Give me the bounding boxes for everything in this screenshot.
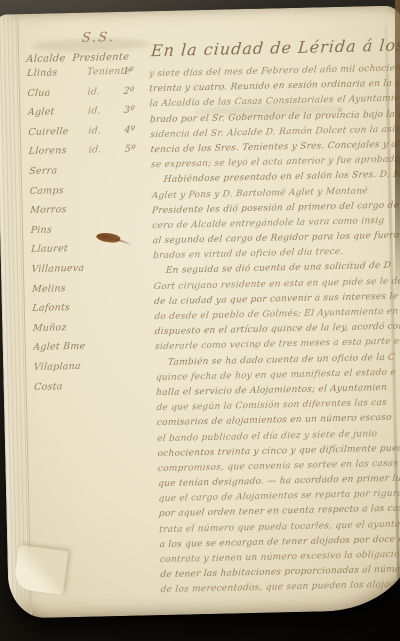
attendee-number [126, 242, 148, 262]
attendee-role [88, 183, 126, 203]
attendee-name: Melins [31, 282, 93, 303]
attendee-number [128, 320, 150, 340]
attendee-role [92, 360, 130, 380]
attendee-role [93, 379, 131, 399]
attendee-name: Costa [33, 380, 95, 401]
attendee-number [124, 163, 146, 183]
attendee-name: Serra [28, 165, 90, 186]
attendee-name: Muñoz [32, 321, 94, 342]
attendee-name: Aglet Bme [32, 341, 94, 362]
attendee-number [127, 300, 149, 320]
attendee-name: Lafonts [31, 302, 93, 323]
attendee-name: Villanueva [30, 263, 92, 284]
session-heading: En la ciudad de Lérida á los vein [150, 35, 400, 60]
attendee-row: Villanueva [30, 261, 158, 283]
attendee-name: Morros [29, 204, 91, 225]
attendee-number [128, 359, 150, 379]
attendee-number: 2º [122, 85, 144, 105]
attendee-role [92, 320, 130, 340]
attendee-row: Vilaplana [33, 359, 161, 381]
margin-attendees: S.S. Alcalde Presidente Llinás Teniente … [26, 29, 160, 401]
attendee-role: id. [87, 125, 125, 145]
attendee-role: id. [88, 144, 126, 164]
attendee-row: Llinás Teniente 1º [26, 65, 154, 87]
attendee-name: Llorens [28, 145, 90, 166]
attendee-number [126, 261, 148, 281]
manuscript-page: S.S. Alcalde Presidente Llinás Teniente … [0, 5, 400, 618]
attendee-role: Teniente [86, 66, 124, 86]
attendee-role [90, 262, 128, 282]
attendee-role [90, 242, 128, 262]
attendee-name: Vilaplana [33, 360, 95, 381]
attendee-role: id. [86, 85, 124, 105]
attendee-name: Clua [26, 86, 88, 107]
attendee-number [127, 281, 149, 301]
attendee-list: Llinás Teniente 1º Clua id. 2º Aglet id.… [26, 65, 160, 401]
attendee-role [88, 164, 126, 184]
attendee-name: Cuirelle [27, 125, 89, 146]
attendee-name: Llinás [26, 67, 88, 88]
attendee-role [91, 301, 129, 321]
attendee-number: 3º [123, 105, 145, 125]
photo-backdrop: S.S. Alcalde Presidente Llinás Teniente … [0, 0, 400, 641]
margin-header: S.S. [81, 29, 152, 46]
attendee-role [91, 281, 129, 301]
attendee-number: 5º [124, 144, 146, 164]
attendee-number [125, 202, 147, 222]
attendee-role [89, 223, 127, 243]
attendee-row: Aglet id. 3º [27, 104, 155, 126]
facing-page-edge [395, 0, 400, 300]
attendee-role [92, 340, 130, 360]
attendee-number [128, 340, 150, 360]
attendee-row: Serra [28, 163, 156, 185]
attendee-row: Lafonts [31, 300, 159, 322]
attendee-name: Aglet [27, 106, 89, 127]
attendee-name: Camps [29, 184, 91, 205]
attendee-name: Pins [29, 223, 91, 244]
attendee-row: Morros [29, 202, 157, 224]
attendee-row: Costa [33, 379, 161, 401]
attendee-role [89, 203, 127, 223]
attendee-number: 1º [122, 65, 144, 85]
attendee-number: 4º [123, 124, 145, 144]
attendee-name: Llauret [30, 243, 92, 264]
attendee-number [125, 222, 147, 242]
president-entry: Alcalde Presidente [26, 51, 153, 65]
minutes-body: y siete días del mes de Febrero del año … [148, 63, 400, 603]
attendee-number [124, 183, 146, 203]
attendee-role: id. [87, 105, 125, 125]
attendee-number [129, 379, 151, 399]
